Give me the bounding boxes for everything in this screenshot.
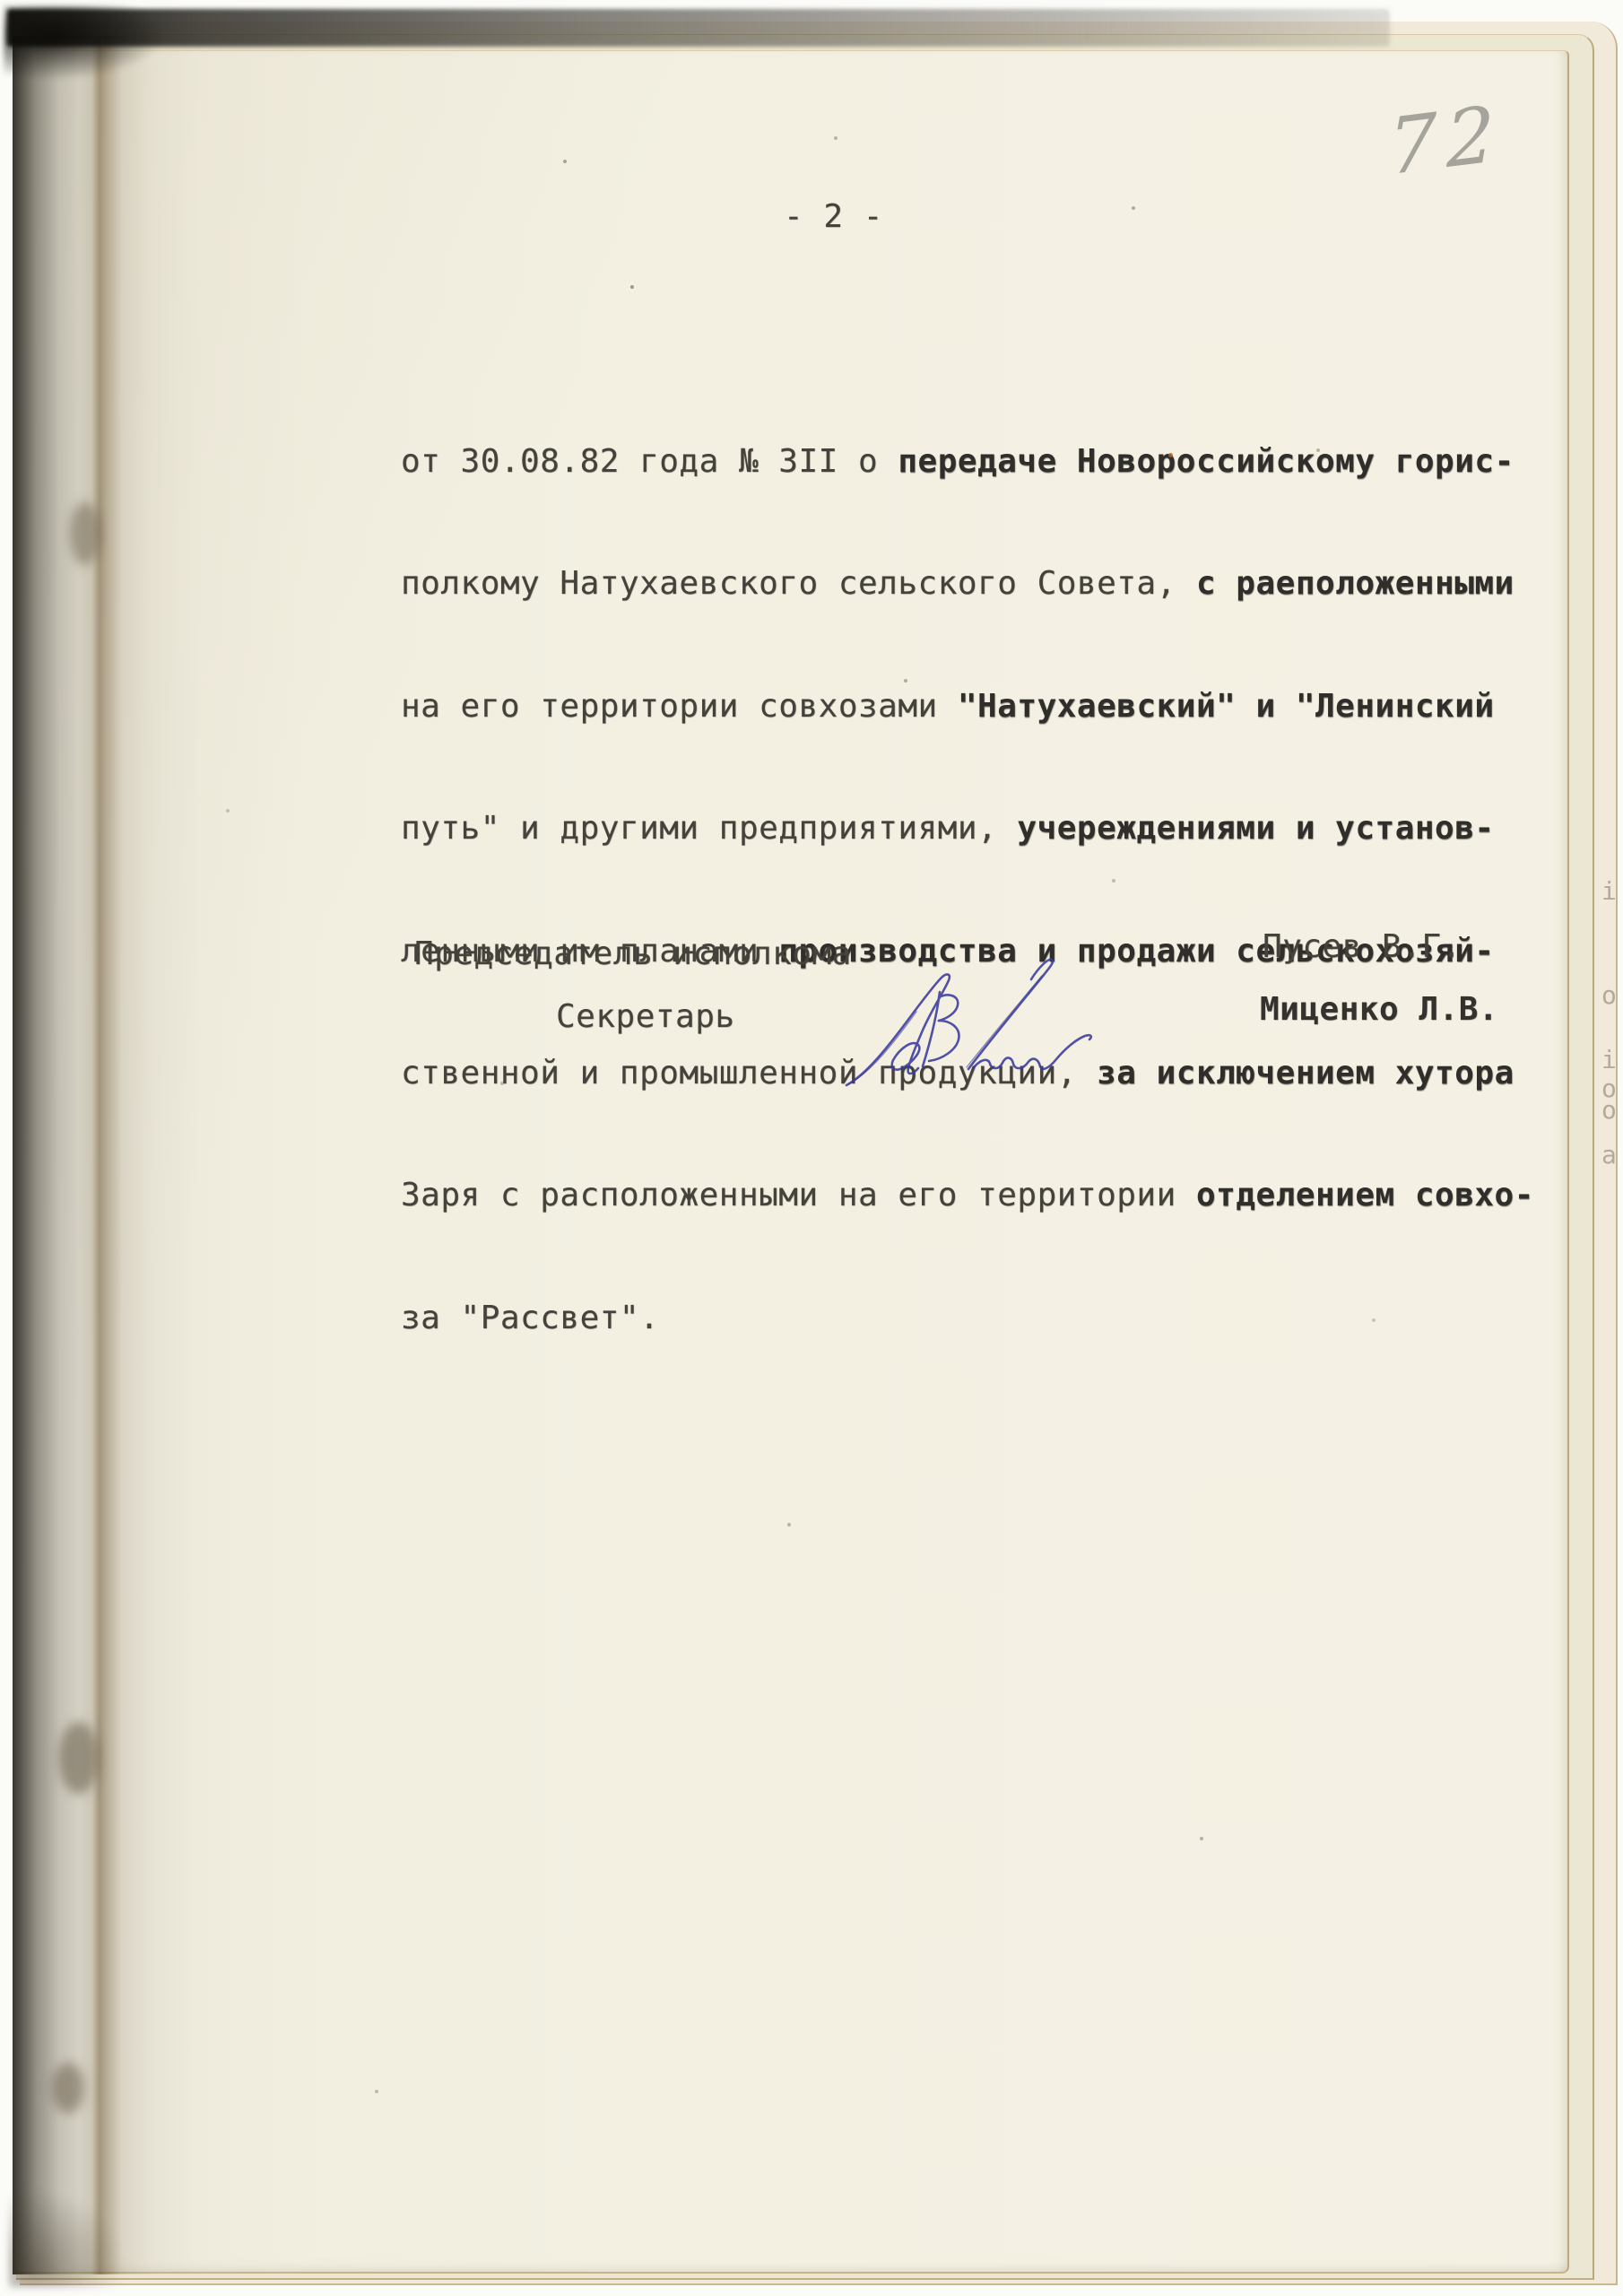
edge-text-fragment: о xyxy=(1601,983,1617,1008)
paragraph-line: путь" и другими предприятиями, учережден… xyxy=(401,804,1534,853)
line-text-bold: передаче Новороссийскому горис- xyxy=(898,443,1514,480)
line-text-normal: Заря с расположенными на его территории xyxy=(401,1177,1196,1213)
handwritten-signature-ink xyxy=(832,926,1119,1118)
edge-text-fragment: а xyxy=(1601,1143,1617,1168)
line-text-normal: путь" и другими предприятиями, xyxy=(401,810,1017,847)
binding-stain xyxy=(59,1722,99,1794)
binding-stain xyxy=(52,2063,84,2113)
line-text-bold: учереждениями и установ- xyxy=(1017,810,1494,847)
signature-name-secretary: Миценко Л.В. xyxy=(1260,994,1498,1026)
dust-specks xyxy=(0,0,4,4)
dust-speck-orange xyxy=(1168,453,1173,457)
body-paragraph: от 30.08.82 года № 3II о передаче Новоро… xyxy=(401,364,1534,1379)
signature-title-secretary: Секретарь xyxy=(556,1001,735,1033)
signature-title-chairman: Председатель исполкома xyxy=(414,938,852,970)
line-text-bold: "Натухаевский" и "Ленинский xyxy=(958,688,1495,725)
folio-number-annotation: 72 xyxy=(1388,83,1550,212)
paragraph-line: полкому Натухаевского сельского Совета, … xyxy=(401,560,1534,608)
paragraph-line: за "Рассвет". xyxy=(401,1294,1534,1343)
line-text-normal: полкому Натухаевского сельского Совета, xyxy=(401,565,1196,602)
line-text-bold: за исключением хутора xyxy=(1097,1055,1515,1091)
paragraph-line: Заря с расположенными на его территории … xyxy=(401,1171,1534,1220)
scan-corner-shadow-bottom xyxy=(9,2188,126,2287)
edge-text-fragment: і xyxy=(1601,1048,1617,1073)
paragraph-line: от 30.08.82 года № 3II о передаче Новоро… xyxy=(401,438,1534,486)
line-text-normal: за "Рассвет". xyxy=(401,1300,659,1336)
line-text-bold: с раеположенными xyxy=(1196,565,1515,602)
edge-text-fragment: о xyxy=(1601,1098,1617,1123)
scan-top-shadow xyxy=(7,9,1390,47)
page-number: - 2 - xyxy=(784,201,883,233)
paragraph-line: на его территории совхозами "Натухаевски… xyxy=(401,683,1534,731)
line-text-bold: отделением совхо- xyxy=(1196,1177,1534,1213)
line-text-normal: от 30.08.82 года № 3II о xyxy=(401,443,898,480)
binding-gutter-shadow xyxy=(13,36,313,2274)
binding-stain xyxy=(70,502,100,565)
scan-corner-shadow xyxy=(4,5,165,81)
line-text-normal: на его территории совхозами xyxy=(401,688,958,725)
signature-name-chairman: Пусев В.Г. xyxy=(1263,931,1462,963)
edge-text-fragment: і xyxy=(1601,879,1617,904)
